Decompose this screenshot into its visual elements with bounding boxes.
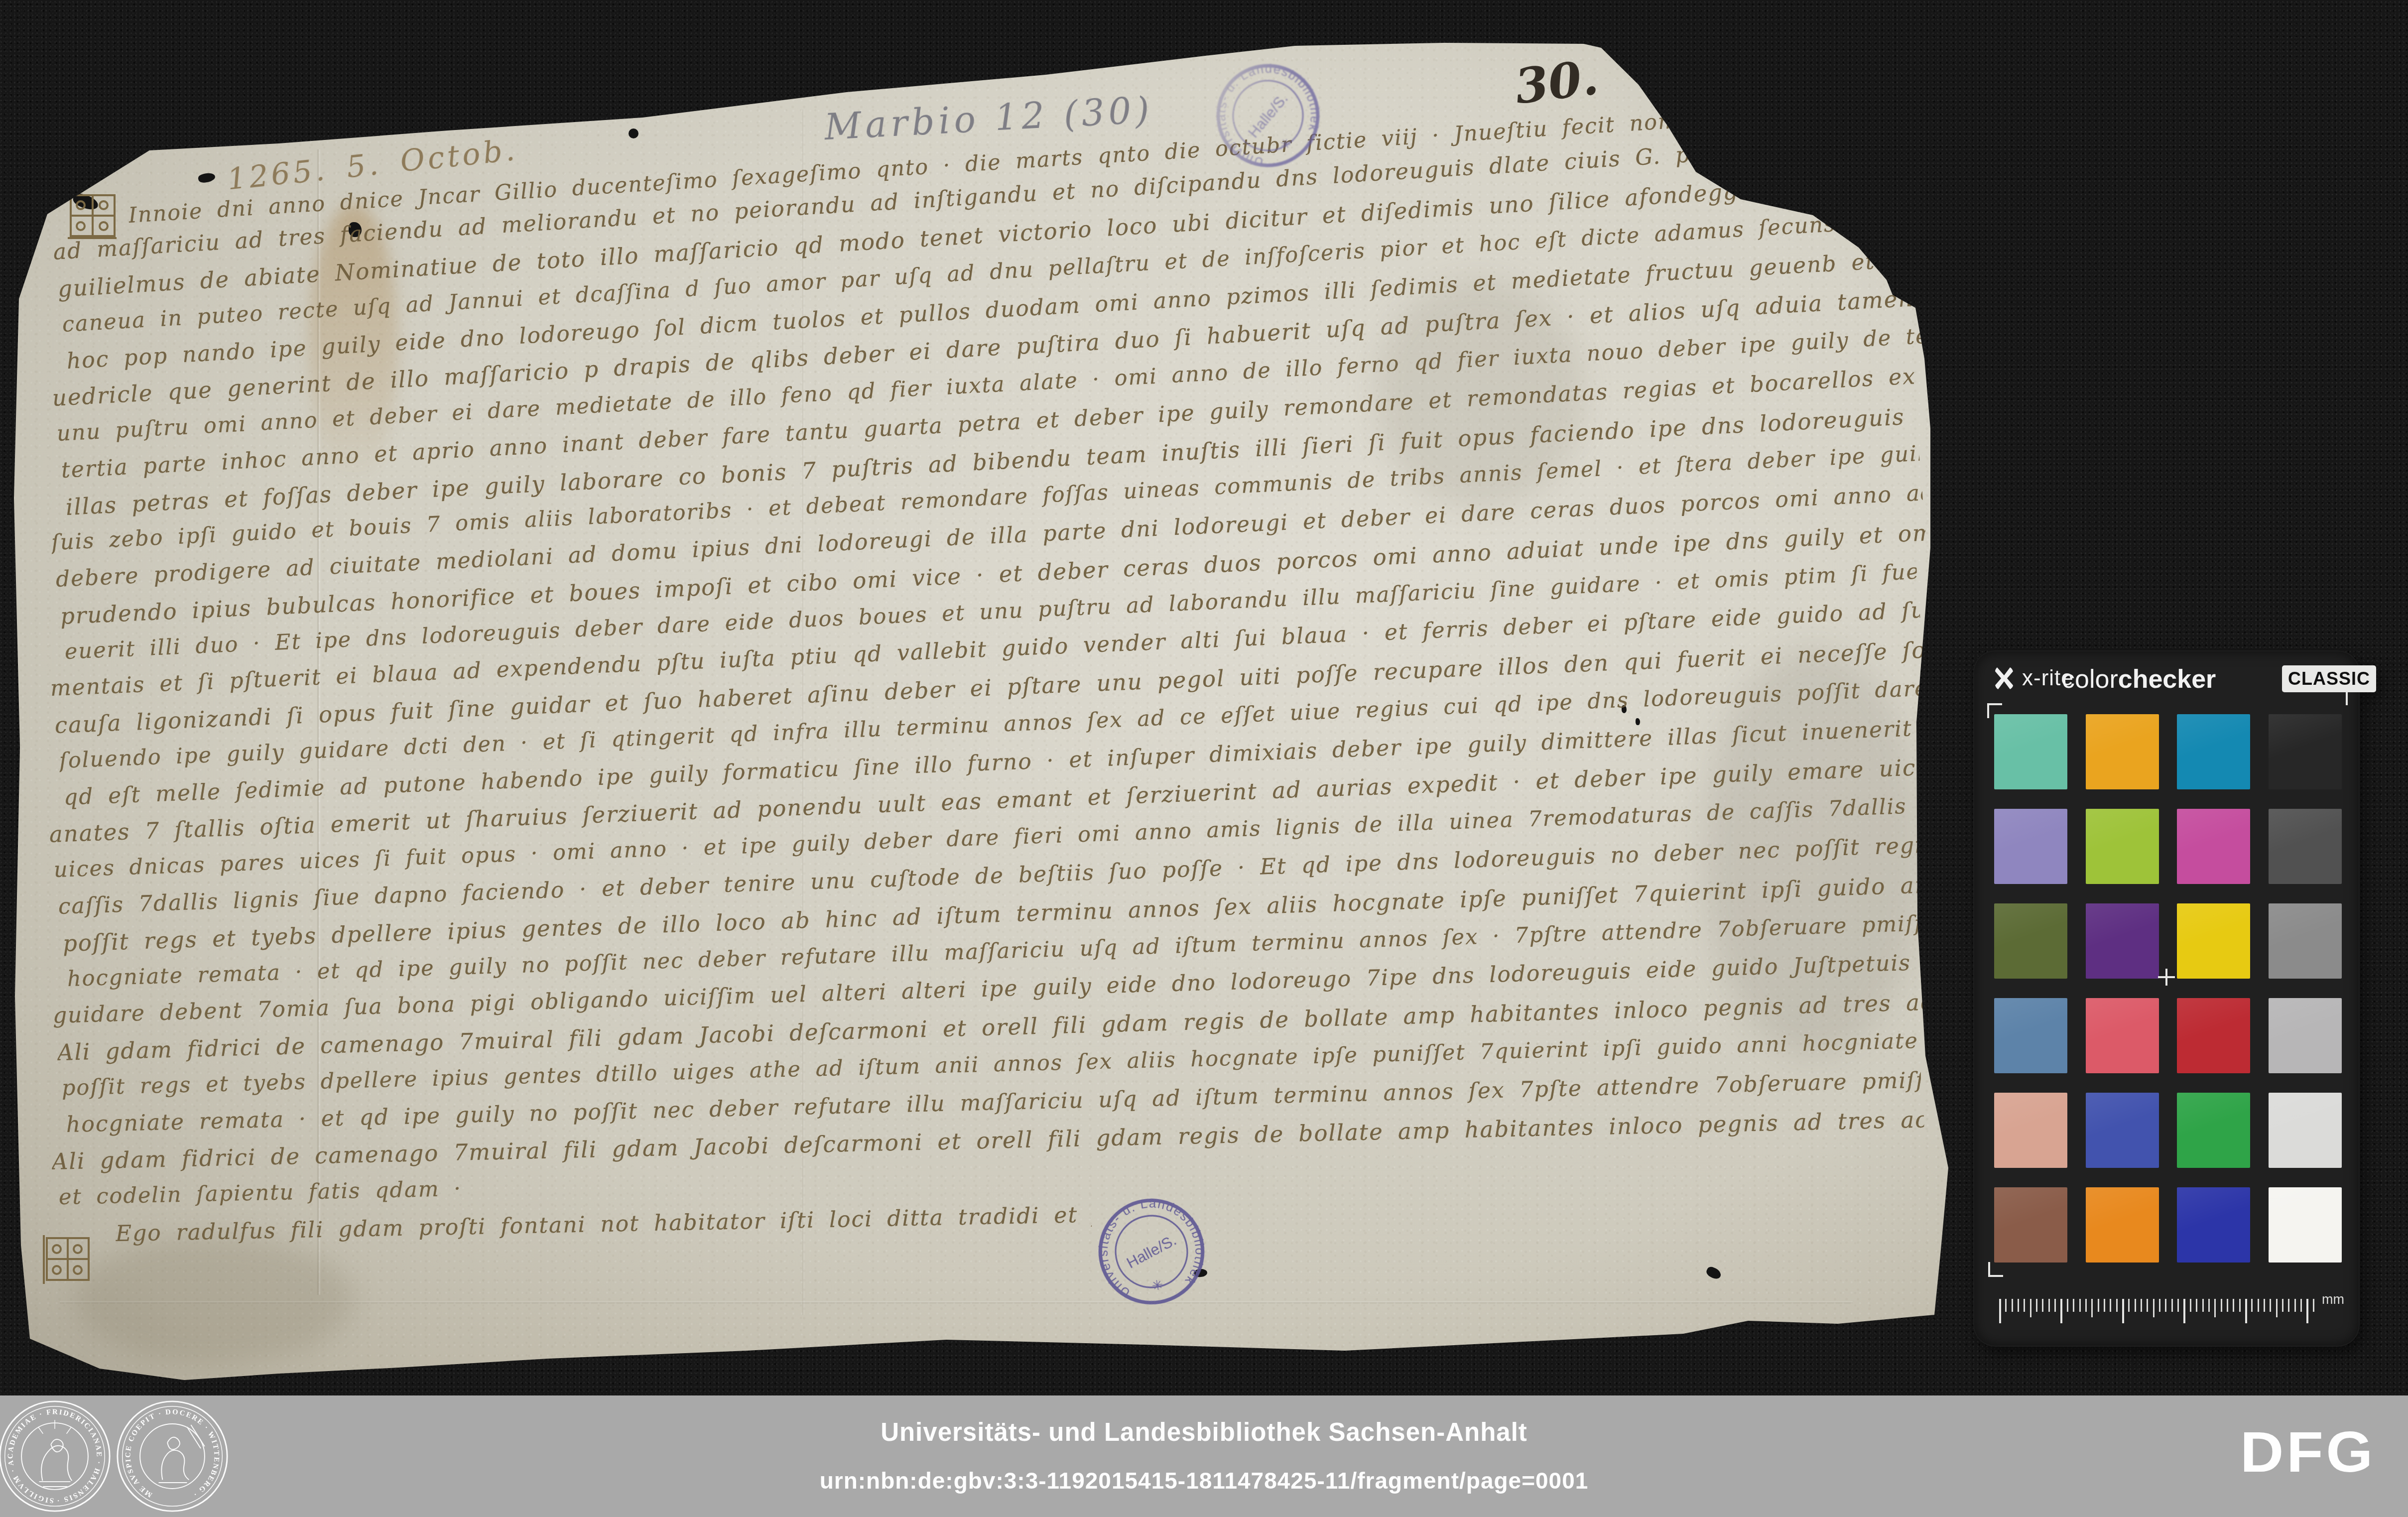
footer-bar: SIGILLVM · ACADEMIAE · FRIDERICIANAE · H… — [0, 1395, 2408, 1517]
color-patch-blue-flower — [1994, 809, 2067, 884]
color-patch-orange — [2086, 1187, 2159, 1263]
color-patch-neutral-5 — [2269, 903, 2342, 979]
color-patch-grid — [1973, 650, 2360, 1347]
notary-sign-bottom — [42, 1234, 94, 1286]
color-patch-blue-sky — [1994, 998, 2067, 1073]
color-patch-magenta — [2177, 809, 2250, 884]
colorchecker-card: x-rite colorchecker CLASSIC mm — [1973, 650, 2360, 1347]
color-patch-black — [2269, 714, 2342, 789]
color-patch-foliage — [1994, 903, 2067, 979]
parchment-hole — [1636, 718, 1640, 725]
color-patch-neutral-3-5 — [2269, 809, 2342, 884]
ruler-unit-label: mm — [2322, 1292, 2344, 1307]
center-crosshair-icon — [2158, 969, 2175, 986]
dfg-logo: DFG — [2240, 1419, 2376, 1485]
color-patch-cyan — [2177, 714, 2250, 789]
color-patch-yellow — [2177, 903, 2250, 979]
color-patch-white — [2269, 1187, 2342, 1263]
color-patch-dark-skin — [1994, 1187, 2067, 1263]
svg-text:Halle/S.: Halle/S. — [1245, 90, 1291, 141]
notary-sign-top — [67, 192, 119, 242]
svg-text:✳: ✳ — [1277, 134, 1294, 153]
folio-number-annotation: 30. — [1512, 49, 1602, 115]
photo-table-background: 1265. 5. Octob. Marbio 12 (30) 30. Inn — [0, 0, 2408, 1517]
university-seal-right: ME AVSPICE COEPIT · DOCERE · WITTENBERG … — [114, 1397, 231, 1517]
color-patch-red — [2177, 998, 2250, 1073]
mm-ruler — [1999, 1299, 2319, 1325]
color-patch-green — [2177, 1093, 2250, 1168]
color-patch-blue — [2177, 1187, 2250, 1263]
library-stamp-bottom: Universitäts- u. Landesbibliothek Halle/… — [1086, 1186, 1217, 1317]
urn-identifier: urn:nbn:de:gbv:3:3-1192015415-1811478425… — [0, 1467, 2408, 1494]
color-patch-neutral-8 — [2269, 1093, 2342, 1168]
color-patch-purple — [2086, 903, 2159, 979]
library-name: Universitäts- und Landesbibliothek Sachs… — [0, 1417, 2408, 1447]
color-patch-purplish-blue — [2086, 1093, 2159, 1168]
color-patch-moderate-red — [2086, 998, 2159, 1073]
university-seal-left: SIGILLVM · ACADEMIAE · FRIDERICIANAE · H… — [0, 1397, 114, 1517]
color-patch-neutral-6-5 — [2269, 998, 2342, 1073]
color-patch-bluish-green — [1994, 714, 2067, 789]
parchment-hole — [629, 128, 638, 138]
svg-text:Halle/S.: Halle/S. — [1124, 1231, 1179, 1272]
svg-text:✳: ✳ — [1150, 1277, 1164, 1293]
color-patch-yellow-green — [2086, 809, 2159, 884]
color-patch-orange-yellow — [2086, 714, 2159, 789]
color-patch-light-skin — [1994, 1093, 2067, 1168]
ruler-ticks-cm — [1999, 1299, 2319, 1323]
